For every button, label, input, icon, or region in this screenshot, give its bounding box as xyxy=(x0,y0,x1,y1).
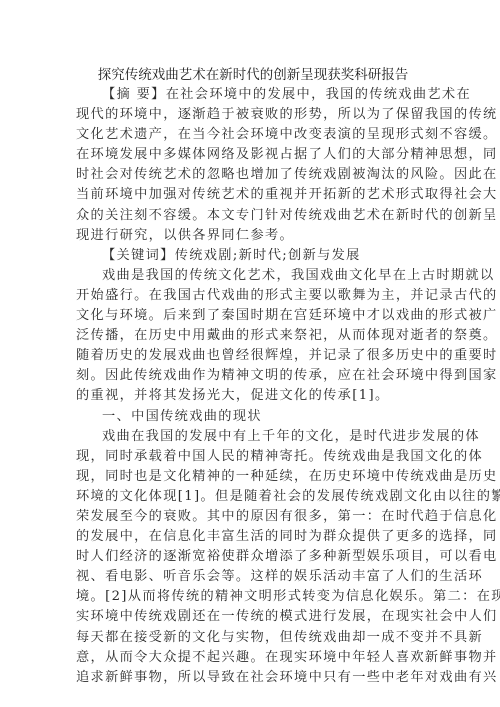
paragraph-line: 现，同时也是文化精神的一种延续，在历史环境中传统戏曲是历史 xyxy=(76,467,424,487)
abstract-line: 时社会对传统艺术的忽略也增加了传统戏剧被淘汰的风险。因此在 xyxy=(76,165,424,185)
keywords-line: 【关键词】传统戏剧;新时代;创新与发展 xyxy=(76,246,424,266)
abstract-first-line: 【摘 要】在社会环境中的发展中，我国的传统戏曲艺术在 xyxy=(76,85,424,105)
paragraph-line: 的重视，并将其发扬光大，促进文化的传承[1]。 xyxy=(76,386,424,406)
paragraph-line: 的发展中，在信息化丰富生活的同时为群众提供了更多的选择，同 xyxy=(76,527,424,547)
keywords-text: 传统戏剧;新时代;创新与发展 xyxy=(175,248,361,263)
abstract-text: 在社会环境中的发展中，我国的传统戏曲艺术在 xyxy=(166,87,471,102)
paragraph-line: 泛传播，在历史中用戴曲的形式来祭祀，从而体现对逝者的祭奠。 xyxy=(76,326,424,346)
paragraph-line: 视、看电影、听音乐会等。这样的娱乐活动丰富了人们的生活环 xyxy=(76,567,424,587)
document-page: 探究传统戏曲艺术在新时代的创新呈现获奖科研报告 【摘 要】在社会环境中的发展中，… xyxy=(76,65,424,688)
paragraph-line: 荣发展至今的衰败。其中的原因有很多，第一：在时代趋于信息化 xyxy=(76,507,424,527)
abstract-line: 现代的环境中，逐渐趋于被衰败的形势，所以为了保留我国的传统 xyxy=(76,105,424,125)
paragraph-line: 随着历史的发展戏曲也曾经很辉煌，并记录了很多历史中的重要时 xyxy=(76,346,424,366)
abstract-line: 文化艺术遗产，在当今社会环境中改变表演的呈现形式刻不容缓。 xyxy=(76,125,424,145)
abstract-line: 在环境发展中多媒体网络及影视占据了人们的大部分精神思想，同 xyxy=(76,145,424,165)
paragraph-line: 戏曲在我国的发展中有上千年的文化，是时代进步发展的体 xyxy=(76,427,424,447)
paragraph-line: 戏曲是我国的传统文化艺术，我国戏曲文化早在上古时期就以 xyxy=(76,266,424,286)
keywords-label: 【关键词】 xyxy=(102,248,175,263)
abstract-label: 【摘 要】 xyxy=(102,87,166,102)
abstract-line: 当前环境中加强对传统艺术的重视并开拓新的艺术形式取得社会大 xyxy=(76,185,424,205)
paragraph-line: 环境的文化体现[1]。但是随着社会的发展传统戏剧文化由以往的繁 xyxy=(76,487,424,507)
paragraph-line: 实环境中传统戏剧还在一传统的模式进行发展，在现实社会中人们 xyxy=(76,607,424,627)
paragraph-line: 文化与环境。后来到了秦国时期在宫廷环境中才以戏曲的形式被广 xyxy=(76,306,424,326)
abstract-line: 众的关注刻不容缓。本文专门针对传统戏曲艺术在新时代的创新呈 xyxy=(76,206,424,226)
section-heading: 一、中国传统戏曲的现状 xyxy=(76,407,424,427)
paragraph-line: 时人们经济的逐渐宽裕使群众增添了多种新型娱乐项目，可以看电 xyxy=(76,547,424,567)
abstract-line: 现进行研究，以供各界同仁参考。 xyxy=(76,226,424,246)
paragraph-line: 追求新鲜事物，所以导致在社会环境中只有一些中老年对戏曲有兴 xyxy=(76,668,424,688)
paragraph-line: 现，同时承载着中国人民的精神寄托。传统戏曲是我国文化的体 xyxy=(76,447,424,467)
paragraph-line: 每天都在接受新的文化与实物，但传统戏曲却一成不变并不具新 xyxy=(76,628,424,648)
document-title: 探究传统戏曲艺术在新时代的创新呈现获奖科研报告 xyxy=(82,65,424,85)
paragraph-line: 开始盛行。在我国古代戏曲的形式主要以歌舞为主，并记录古代的 xyxy=(76,286,424,306)
paragraph-line: 意，从而令大众提不起兴趣。在现实环境中年轻人喜欢新鲜事物并 xyxy=(76,648,424,668)
paragraph-line: 境。[2]从而将传统的精神文明形式转变为信息化娱乐。第二：在现 xyxy=(76,587,424,607)
paragraph-line: 刻。因此传统戏曲作为精神文明的传承，应在社会环境中得到国家 xyxy=(76,366,424,386)
